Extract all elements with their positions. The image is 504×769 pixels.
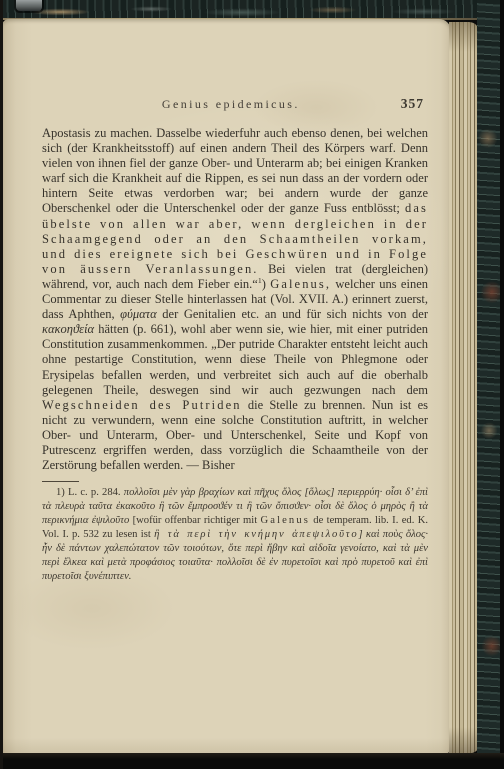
book-cover-right-marble (477, 0, 504, 769)
text-column: Genius epidemicus. 357 Apostasis zu mach… (42, 19, 428, 584)
footnote-text: 1) L. c. p. 284. πολλοῖσι μὲν γὰρ βραχίω… (42, 486, 428, 583)
book-cover-top-marble (0, 0, 504, 20)
body-text: Apostasis zu machen. Dasselbe wiederfuhr… (42, 126, 428, 473)
page-edges (449, 22, 479, 753)
running-header-title: Genius epidemicus. (162, 97, 300, 112)
scan-bottom-edge (0, 753, 504, 769)
footnote-separator (42, 481, 79, 482)
running-header: Genius epidemicus. 357 (42, 97, 428, 113)
book-scan: Genius epidemicus. 357 Apostasis zu mach… (0, 0, 504, 769)
book-page: Genius epidemicus. 357 Apostasis zu mach… (2, 19, 451, 756)
binding-clip (16, 0, 42, 11)
page-number: 357 (401, 96, 424, 112)
scan-left-edge (0, 0, 3, 769)
